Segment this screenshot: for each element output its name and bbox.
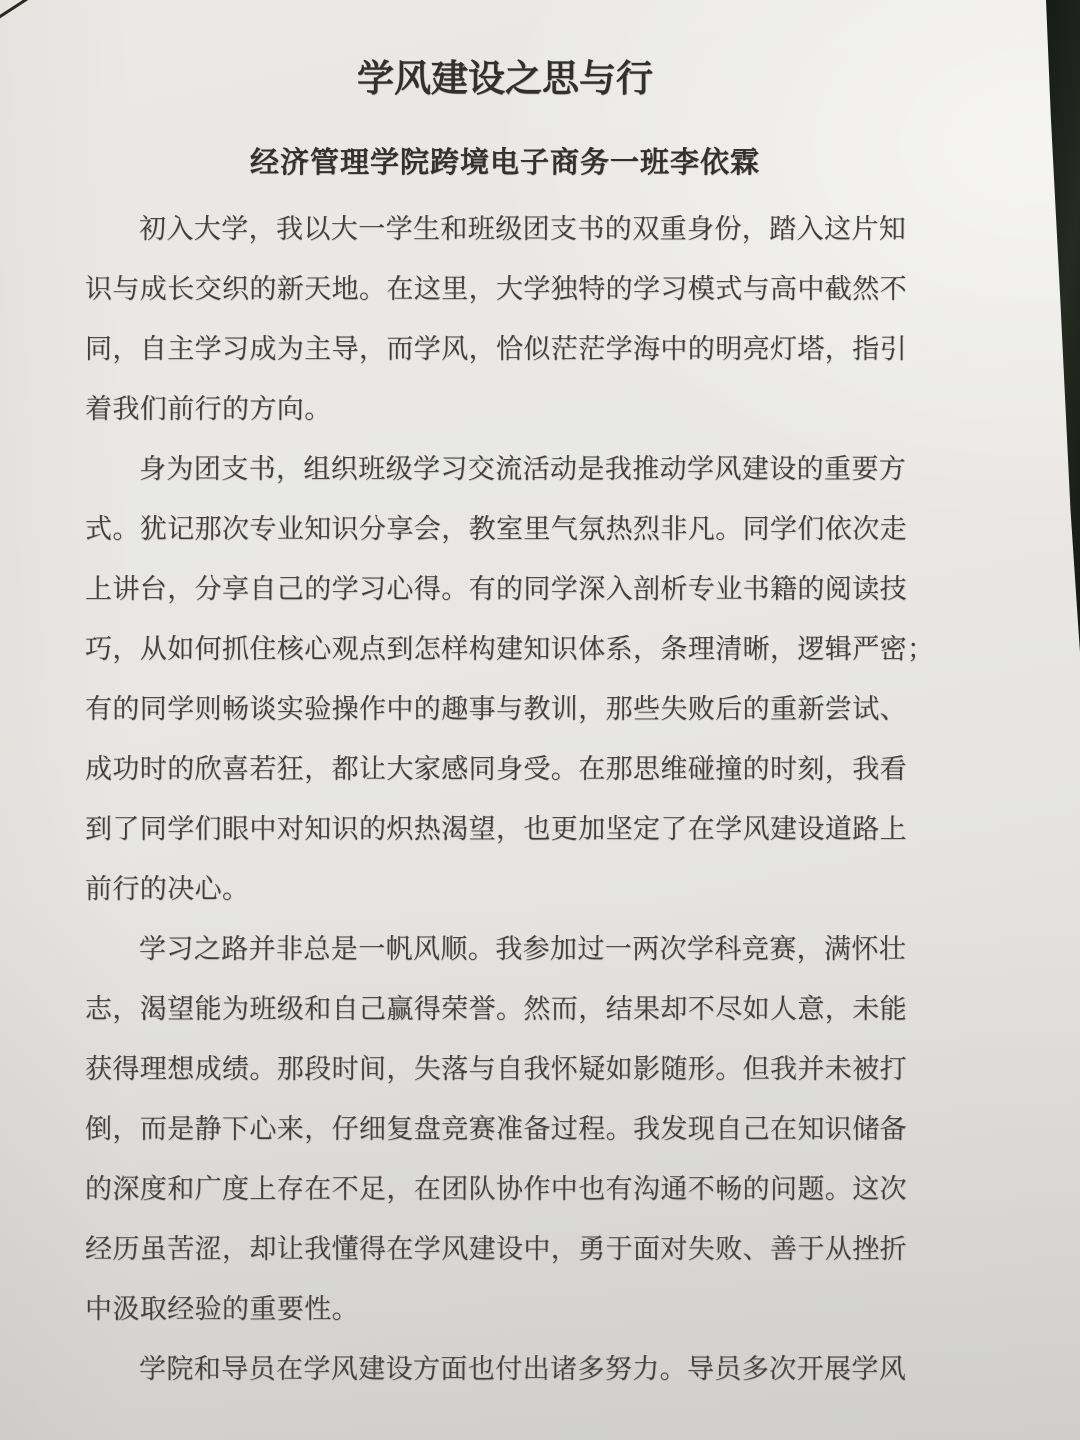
text-line: 获得理想成绩。那段时间，失落与自我怀疑如影随形。但我并未被打: [85, 1039, 925, 1099]
text-line: 巧，从如何抓住核心观点到怎样构建知识体系，条理清晰，逻辑严密；: [85, 619, 925, 679]
essay-byline: 经济管理学院跨境电子商务一班李依霖: [85, 146, 925, 181]
paragraph-3: 学习之路并非总是一帆风顺。我参加过一两次学科竞赛，满怀壮 志，渴望能为班级和自己…: [85, 919, 925, 1339]
paragraph-2: 身为团支书，组织班级学习交流活动是我推动学风建设的重要方 式。犹记那次专业知识分…: [85, 439, 925, 919]
paragraph-1: 初入大学，我以大一学生和班级团支书的双重身份，踏入这片知 识与成长交织的新天地。…: [85, 199, 925, 439]
text-line: 的深度和广度上存在不足，在团队协作中也有沟通不畅的问题。这次: [85, 1159, 925, 1219]
text-line: 前行的决心。: [85, 859, 925, 919]
text-line: 初入大学，我以大一学生和班级团支书的双重身份，踏入这片知: [85, 199, 925, 259]
text-line: 中汲取经验的重要性。: [85, 1279, 925, 1339]
text-line: 倒，而是静下心来，仔细复盘竞赛准备过程。我发现自己在知识储备: [85, 1099, 925, 1159]
essay-body: 初入大学，我以大一学生和班级团支书的双重身份，踏入这片知 识与成长交织的新天地。…: [85, 199, 925, 1399]
text-line: 志，渴望能为班级和自己赢得荣誉。然而，结果却不尽如人意，未能: [85, 979, 925, 1039]
text-line: 着我们前行的方向。: [85, 379, 925, 439]
text-line: 式。犹记那次专业知识分享会，教室里气氛热烈非凡。同学们依次走: [85, 499, 925, 559]
text-line: 身为团支书，组织班级学习交流活动是我推动学风建设的重要方: [85, 439, 925, 499]
paragraph-4: 学院和导员在学风建设方面也付出诸多努力。导员多次开展学风: [85, 1339, 925, 1399]
essay-page: 学风建设之思与行 经济管理学院跨境电子商务一班李依霖 初入大学，我以大一学生和班…: [85, 0, 925, 1399]
document-photo: 学风建设之思与行 经济管理学院跨境电子商务一班李依霖 初入大学，我以大一学生和班…: [0, 0, 1080, 1440]
text-line: 经历虽苦涩，却让我懂得在学风建设中，勇于面对失败、善于从挫折: [85, 1219, 925, 1279]
text-line: 识与成长交织的新天地。在这里，大学独特的学习模式与高中截然不: [85, 259, 925, 319]
paper-corner-edge: [0, 0, 33, 20]
text-line: 同，自主学习成为主导，而学风，恰似茫茫学海中的明亮灯塔，指引: [85, 319, 925, 379]
text-line: 学院和导员在学风建设方面也付出诸多努力。导员多次开展学风: [85, 1339, 925, 1399]
text-line: 成功时的欣喜若狂，都让大家感同身受。在那思维碰撞的时刻，我看: [85, 739, 925, 799]
essay-title: 学风建设之思与行: [85, 57, 925, 101]
text-line: 上讲台，分享自己的学习心得。有的同学深入剖析专业书籍的阅读技: [85, 559, 925, 619]
text-line: 学习之路并非总是一帆风顺。我参加过一两次学科竞赛，满怀壮: [85, 919, 925, 979]
text-line: 到了同学们眼中对知识的炽热渴望，也更加坚定了在学风建设道路上: [85, 799, 925, 859]
text-line: 有的同学则畅谈实验操作中的趣事与教训，那些失败后的重新尝试、: [85, 679, 925, 739]
photo-background-edge: [1046, 0, 1080, 680]
